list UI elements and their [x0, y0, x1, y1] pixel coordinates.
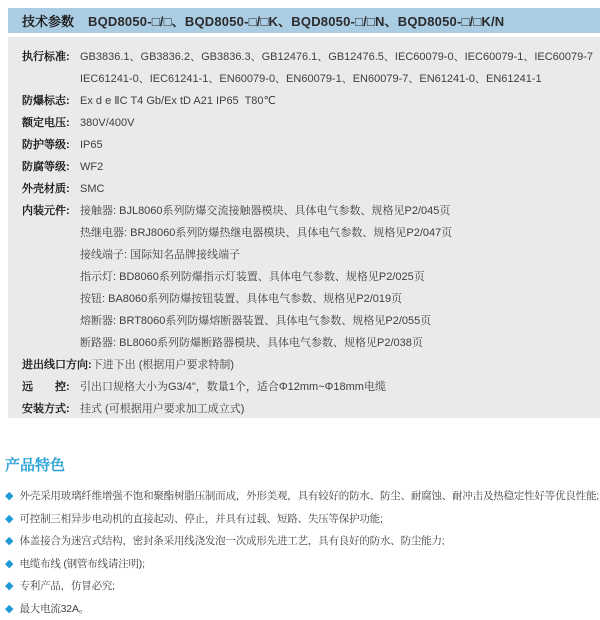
- spec-panel: 执行标准:GB3836.1、GB3836.2、GB3836.3、GB12476.…: [8, 37, 600, 418]
- spec-value-line: 热继电器: BRJ8060系列防爆热继电器模块、具体电气参数、规格见P2/047…: [80, 222, 452, 244]
- spec-value: 挂式 (可根据用户要求加工成立式): [80, 398, 244, 420]
- spec-value-line: IP65: [80, 134, 103, 156]
- spec-row: 防爆标志:Ex d e ⅡC T4 Gb/Ex tD A21 IP65 T80℃: [22, 90, 600, 112]
- spec-label: 防爆标志:: [22, 90, 80, 112]
- spec-row: 额定电压:380V/400V: [22, 112, 600, 134]
- spec-value-line: 熔断器: BRT8060系列防爆熔断器装置、具体电气参数、规格见P2/055页: [80, 310, 452, 332]
- spec-value-line: WF2: [80, 156, 103, 178]
- spec-value: Ex d e ⅡC T4 Gb/Ex tD A21 IP65 T80℃: [80, 90, 276, 112]
- feature-text: 可控制三相异步电动机的直接起动、停止，并具有过载、短路、失压等保护功能;: [19, 508, 382, 531]
- spec-value-line: 断路器: BL8060系列防爆断路器模块、具体电气参数、规格见P2/038页: [80, 332, 452, 354]
- diamond-bullet-icon: ◆: [5, 530, 13, 553]
- feature-item: ◆体盖接合为迷宫式结构，密封条采用线浇发泡一次成形先进工艺，具有良好的防水、防尘…: [5, 530, 599, 553]
- feature-item: ◆外壳采用玻璃纤维增强不饱和聚酯树脂压制而成，外形美观，具有较好的防水、防尘、耐…: [5, 485, 599, 508]
- spec-value: SMC: [80, 178, 104, 200]
- spec-value-line: 引出口规格大小为G3/4"，数量1个，适合Φ12mm~Φ18mm电缆: [80, 376, 386, 398]
- spec-value-line: Ex d e ⅡC T4 Gb/Ex tD A21 IP65 T80℃: [80, 90, 276, 112]
- spec-value-line: 380V/400V: [80, 112, 134, 134]
- spec-label: 防护等级:: [22, 134, 80, 156]
- diamond-bullet-icon: ◆: [5, 485, 13, 508]
- spec-value-line: 按钮: BA8060系列防爆按钮装置、具体电气参数、规格见P2/019页: [80, 288, 452, 310]
- feature-text: 电缆布线 (钢管布线请注明);: [19, 553, 144, 576]
- spec-value-line: IEC61241-0、IEC61241-1、EN60079-0、EN60079-…: [80, 68, 593, 90]
- tech-params-header-band: 技术参数 BQD8050-□/□、BQD8050-□/□K、BQD8050-□/…: [8, 8, 600, 33]
- product-features-title: 产品特色: [5, 454, 65, 475]
- diamond-bullet-icon: ◆: [5, 508, 13, 531]
- diamond-bullet-icon: ◆: [5, 553, 13, 576]
- tech-params-title: 技术参数: [22, 11, 74, 30]
- spec-value-line: 指示灯: BD8060系列防爆指示灯装置、具体电气参数、规格见P2/025页: [80, 266, 452, 288]
- spec-value: 下进下出 (根据用户要求特制): [92, 354, 234, 376]
- diamond-bullet-icon: ◆: [5, 575, 13, 598]
- spec-row: 外壳材质:SMC: [22, 178, 600, 200]
- spec-value-line: 挂式 (可根据用户要求加工成立式): [80, 398, 244, 420]
- spec-label: 内装元件:: [22, 200, 80, 222]
- spec-label: 额定电压:: [22, 112, 80, 134]
- feature-item: ◆可控制三相异步电动机的直接起动、停止，并具有过载、短路、失压等保护功能;: [5, 508, 599, 531]
- spec-row: 内装元件:接触器: BJL8060系列防爆交流接触器模块、具体电气参数、规格见P…: [22, 200, 600, 354]
- feature-text: 体盖接合为迷宫式结构，密封条采用线浇发泡一次成形先进工艺，具有良好的防水、防尘能…: [19, 530, 444, 553]
- product-features-list: ◆外壳采用玻璃纤维增强不饱和聚酯树脂压制而成，外形美观，具有较好的防水、防尘、耐…: [5, 485, 599, 620]
- spec-value: 380V/400V: [80, 112, 134, 134]
- feature-text: 专利产品，仿冒必究;: [19, 575, 114, 598]
- spec-value-line: 接线端子: 国际知名品牌接线端子: [80, 244, 452, 266]
- spec-value: 接触器: BJL8060系列防爆交流接触器模块、具体电气参数、规格见P2/045…: [80, 200, 452, 354]
- spec-value: 引出口规格大小为G3/4"，数量1个，适合Φ12mm~Φ18mm电缆: [80, 376, 386, 398]
- spec-row: 远 控:引出口规格大小为G3/4"，数量1个，适合Φ12mm~Φ18mm电缆: [22, 376, 600, 398]
- spec-row: 进出线口方向:下进下出 (根据用户要求特制): [22, 354, 600, 376]
- spec-row: 安装方式:挂式 (可根据用户要求加工成立式): [22, 398, 600, 420]
- spec-label: 安装方式:: [22, 398, 80, 420]
- feature-item: ◆专利产品，仿冒必究;: [5, 575, 599, 598]
- feature-text: 外壳采用玻璃纤维增强不饱和聚酯树脂压制而成，外形美观，具有较好的防水、防尘、耐腐…: [19, 485, 599, 508]
- spec-row: 防护等级:IP65: [22, 134, 600, 156]
- spec-value-line: GB3836.1、GB3836.2、GB3836.3、GB12476.1、GB1…: [80, 46, 593, 68]
- feature-item: ◆电缆布线 (钢管布线请注明);: [5, 553, 599, 576]
- spec-value-line: 接触器: BJL8060系列防爆交流接触器模块、具体电气参数、规格见P2/045…: [80, 200, 452, 222]
- spec-value-line: SMC: [80, 178, 104, 200]
- spec-row: 防腐等级:WF2: [22, 156, 600, 178]
- spec-label: 进出线口方向:: [22, 354, 92, 376]
- spec-label: 防腐等级:: [22, 156, 80, 178]
- spec-value: GB3836.1、GB3836.2、GB3836.3、GB12476.1、GB1…: [80, 46, 593, 90]
- spec-value: WF2: [80, 156, 103, 178]
- spec-row: 执行标准:GB3836.1、GB3836.2、GB3836.3、GB12476.…: [22, 46, 600, 90]
- spec-value: IP65: [80, 134, 103, 156]
- spec-value-line: 下进下出 (根据用户要求特制): [92, 354, 234, 376]
- model-numbers: BQD8050-□/□、BQD8050-□/□K、BQD8050-□/□N、BQ…: [88, 11, 504, 30]
- spec-label: 执行标准:: [22, 46, 80, 68]
- spec-label: 外壳材质:: [22, 178, 80, 200]
- spec-label: 远 控:: [22, 376, 80, 398]
